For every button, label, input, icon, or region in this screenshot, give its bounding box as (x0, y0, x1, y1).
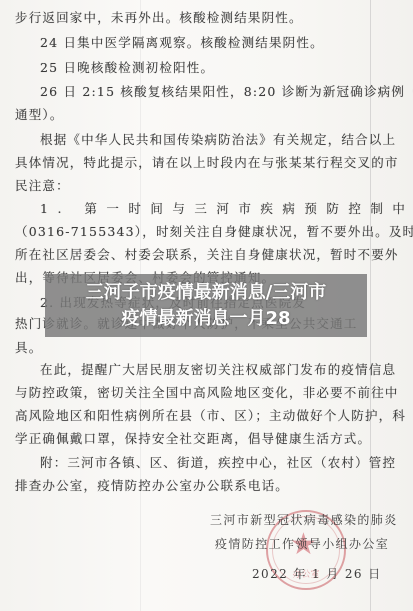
headline-title-line1: 三河子市疫情最新消息/三河市 (45, 280, 367, 306)
doc-line: 通型）。 (15, 107, 400, 123)
doc-line: 附：三河市各镇、区、街道，疾控中心，社区（农村）管控 (40, 455, 413, 471)
signature-date: 2022 年 1 月 26 日 (252, 566, 382, 582)
doc-line: （0316-7155343），时刻关注自身健康状况，暂不要外出。及时与 (15, 224, 400, 240)
doc-line: 25 日晚核酸检测初检阳性。 (40, 60, 413, 76)
doc-line: 26 日 2:15 核酸复核结果阳性，8:20 诊断为新冠确诊病例（普 (40, 84, 413, 100)
doc-line: 排查办公室，疫情防控办公室办公联系电话。 (15, 478, 400, 494)
doc-line: 根据《中华人民共和国传染病防治法》有关规定，结合以上 (40, 132, 413, 148)
doc-line: 学正确佩戴口罩，保持安全社交距离，倡导健康生活方式。 (15, 431, 400, 447)
doc-line: 在此，提醒广大居民朋友密切关注权威部门发布的疫情信息 (40, 362, 413, 378)
doc-line: 所在社区居委会、村委会联系，关注自身健康状况，暂时不要外 (15, 247, 400, 263)
signature-org-line1: 三河市新型冠状病毒感染的肺炎 (210, 512, 398, 528)
doc-line: 民注意： (15, 178, 400, 194)
doc-line: 24 日集中医学隔离观察。核酸检测结果阴性。 (40, 35, 413, 51)
doc-line: 具体情况，特此提示，请在以上时段内在与张某某行程交叉的市 (15, 155, 400, 171)
doc-line: 高风险地区和阳性病例所在县（市、区）；主动做好个人防护，科 (15, 408, 400, 424)
doc-line: 具。 (15, 340, 400, 356)
headline-overlay-banner: 三河子市疫情最新消息/三河市 疫情最新消息一月28 (45, 274, 367, 337)
doc-line: 与防控政策，密切关注全国中高风险地区变化，非必要不前往中 (15, 385, 400, 401)
doc-line: 步行返回家中，未再外出。核酸检测结果阴性。 (15, 10, 400, 26)
signature-org-line2: 疫情防控工作领导小组办公室 (215, 536, 389, 552)
headline-title-line2: 疫情最新消息一月28 (45, 306, 367, 332)
doc-line: 1. 第一时间与三河市疾病预防控制中心联系 (40, 201, 413, 217)
